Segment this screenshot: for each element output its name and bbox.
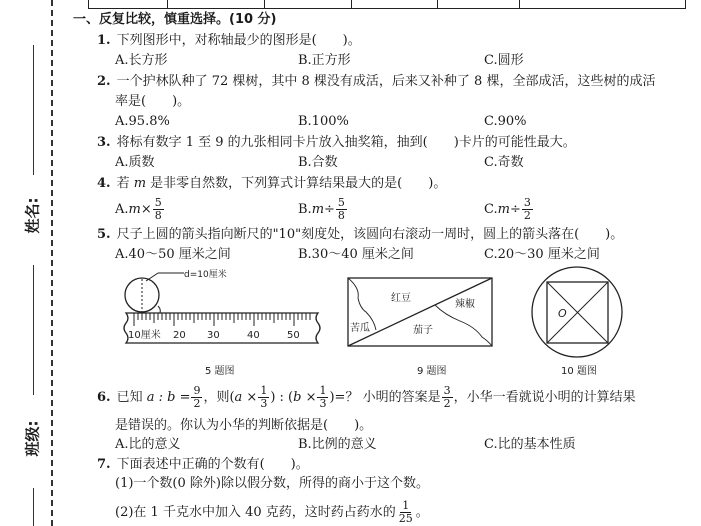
class-label: 班级:	[22, 421, 43, 457]
option-a: A.m×58	[115, 197, 165, 222]
region-red-bean: 红豆	[391, 292, 411, 304]
fraction: 58	[336, 197, 347, 222]
statement-text: 。	[416, 505, 429, 520]
statement-1: (1)一个数(0 除外)除以假分数，所得的商小于这个数。	[115, 476, 429, 492]
denominator: 8	[336, 210, 347, 222]
table-divider	[351, 0, 352, 8]
center-label-o: O	[558, 307, 567, 320]
question-text: 下列图形中，对称轴最少的图形是( )。	[117, 33, 361, 48]
question-3: 3.将标有数字 1 至 9 的九张相同卡片放入抽奖箱，抽到( )卡片的可能性最大…	[97, 135, 576, 151]
option-c: C.比的基本性质	[484, 437, 576, 453]
ruler-label-50: 50	[287, 330, 300, 341]
question-number: 2.	[97, 74, 111, 89]
option-prefix: B.	[298, 202, 312, 217]
question-6-continued: 是错误的。你认为小华的判断依据是( )。	[115, 418, 372, 434]
expression: b ×	[293, 390, 316, 405]
figure-5-caption: 5 题图	[205, 362, 235, 377]
denominator: 2	[191, 398, 202, 410]
denominator: 8	[153, 210, 164, 222]
option-prefix: C.	[484, 202, 498, 217]
option-a: A.质数	[115, 155, 155, 171]
region-bitter-gourd: 苦瓜	[350, 321, 370, 334]
operator: ÷	[510, 202, 521, 217]
table-divider	[437, 0, 438, 8]
section-title: 一、反复比较，慎重选择。(10 分)	[73, 12, 277, 28]
question-number: 3.	[97, 135, 111, 150]
denominator: 25	[397, 513, 415, 525]
name-underline	[33, 45, 34, 175]
question-4: 4.若 m 是非零自然数，下列算式计算结果最大的是( )。	[97, 176, 446, 192]
option-b: B.比例的意义	[298, 437, 377, 453]
option-c: C.圆形	[484, 53, 524, 69]
option-b: B.100%	[298, 114, 349, 130]
fraction: 92	[191, 385, 202, 410]
fraction: 125	[397, 500, 415, 525]
variable: m	[129, 202, 141, 217]
option-c: C.90%	[484, 114, 527, 130]
fraction: 13	[317, 385, 328, 410]
table-divider	[264, 0, 265, 8]
question-1: 1.下列图形中，对称轴最少的图形是( )。	[97, 33, 361, 49]
figure-9-garden-diagram: 红豆 辣椒 苦瓜 茄子	[345, 275, 495, 350]
option-b: B.30～40 厘米之间	[298, 247, 414, 263]
option-b: B.正方形	[298, 53, 351, 69]
question-2: 2.一个护林队种了 72 棵树，其中 8 棵没有成活，后来又补种了 8 棵，全部…	[97, 74, 655, 90]
question-text: ，小华一看就说小明的计算结果	[454, 390, 636, 405]
question-text: ，则(	[203, 390, 234, 405]
diameter-label: d=10厘米	[184, 268, 227, 280]
operator: ÷	[324, 202, 335, 217]
option-a: A.40～50 厘米之间	[115, 247, 231, 263]
ruler-label-20: 20	[173, 330, 186, 341]
table-divider	[519, 0, 520, 8]
ratio-expression: a : b =	[147, 390, 191, 405]
figure-10-caption: 10 题图	[561, 362, 597, 377]
fraction: 32	[522, 197, 533, 222]
question-2-continued: 率是( )。	[115, 94, 190, 110]
option-c: C.m÷32	[484, 197, 534, 222]
ruler-label-30: 30	[207, 330, 220, 341]
region-eggplant: 茄子	[413, 323, 433, 336]
question-number: 6.	[97, 390, 111, 405]
statement-2: (2)在 1 千克水中加入 40 克药，这时药占药水的125。	[115, 500, 429, 525]
denominator: 3	[258, 398, 269, 410]
question-text: 尺子上圆的箭头指向断尺的"10"刻度处，该圆向右滚动一周时，圆上的箭头落在( )…	[117, 227, 624, 242]
question-text-post: 是非零自然数，下列算式计算结果最大的是( )。	[146, 176, 446, 191]
statement-text: (2)在 1 千克水中加入 40 克药，这时药占药水的	[115, 505, 396, 520]
variable-m: m	[134, 176, 146, 191]
figure-5-ruler-diagram: d=10厘米 10厘米 20 30 40 50	[118, 268, 323, 358]
question-number: 7.	[97, 457, 111, 472]
option-c: C.奇数	[484, 155, 524, 171]
ruler-label-40: 40	[247, 330, 260, 341]
question-text: ) : (	[270, 390, 293, 405]
fraction: 13	[258, 385, 269, 410]
expression: a ×	[235, 390, 258, 405]
option-c: C.20～30 厘米之间	[484, 247, 600, 263]
figure-9-caption: 9 题图	[417, 362, 447, 377]
ruler-label-10: 10厘米	[128, 328, 161, 341]
option-a: A.95.8%	[115, 114, 170, 130]
figure-10-circle-square-diagram: O	[530, 265, 625, 360]
question-6: 6.已知 a : b =92，则(a ×13) : (b ×13)=？ 小明的答…	[97, 385, 636, 411]
question-7: 7.下面表述中正确的个数有( )。	[97, 457, 309, 473]
question-text: 已知	[117, 390, 147, 405]
operator: ×	[141, 202, 152, 217]
fraction: 32	[442, 385, 453, 410]
question-number: 1.	[97, 33, 111, 48]
margin-underline	[33, 488, 34, 526]
fraction: 58	[153, 197, 164, 222]
name-label: 姓名:	[22, 198, 43, 234]
variable: m	[312, 202, 324, 217]
question-text: 一个护林队种了 72 棵树，其中 8 棵没有成活，后来又补种了 8 棵，全部成活…	[117, 74, 656, 89]
question-number: 5.	[97, 227, 111, 242]
header-score-table	[88, 0, 686, 9]
table-divider	[167, 0, 168, 8]
binding-dashed-line	[51, 0, 53, 526]
region-chili: 辣椒	[455, 297, 475, 310]
denominator: 2	[522, 210, 533, 222]
question-text-pre: 若	[117, 176, 134, 191]
question-5: 5.尺子上圆的箭头指向断尺的"10"刻度处，该圆向右滚动一周时，圆上的箭头落在(…	[97, 227, 623, 243]
option-b: B.合数	[298, 155, 338, 171]
question-number: 4.	[97, 176, 111, 191]
variable: m	[498, 202, 510, 217]
option-b: B.m÷58	[298, 197, 348, 222]
denominator: 3	[317, 398, 328, 410]
question-text: 将标有数字 1 至 9 的九张相同卡片放入抽奖箱，抽到( )卡片的可能性最大。	[117, 135, 576, 150]
option-a: A.比的意义	[115, 437, 181, 453]
denominator: 2	[442, 398, 453, 410]
option-prefix: A.	[115, 202, 129, 217]
class-underline	[33, 265, 34, 395]
question-text: )=？ 小明的答案是	[329, 390, 440, 405]
option-a: A.长方形	[115, 53, 168, 69]
question-text: 下面表述中正确的个数有( )。	[117, 457, 309, 472]
